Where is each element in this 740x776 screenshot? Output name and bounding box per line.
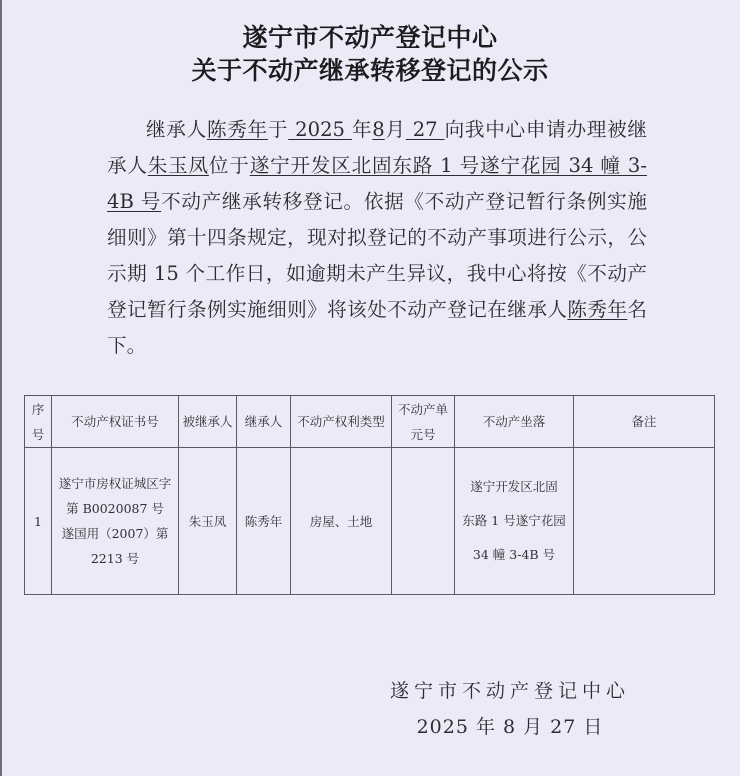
cell-decedent: 朱玉凤 (179, 448, 237, 595)
cell-unit-no (392, 448, 455, 595)
table-row: 1 遂宁市房权证城区字第 B0020087 号遂国用（2007）第 2213 号… (25, 448, 715, 595)
col-heir: 继承人 (237, 396, 291, 448)
text-segment: 继承人 (146, 118, 207, 141)
application-year: 2025 (288, 118, 352, 141)
col-right-type: 不动产权利类型 (291, 396, 392, 448)
scan-edge (0, 0, 2, 776)
registration-table: 序号 不动产权证书号 被继承人 继承人 不动产权利类型 不动产单元号 不动产坐落… (24, 395, 715, 595)
cell-location: 遂宁开发区北固东路 1 号遂宁花园34 幢 3-4B 号 (455, 448, 574, 595)
heir-name-2: 陈秀年 (567, 298, 627, 321)
table-header-row: 序号 不动产权证书号 被继承人 继承人 不动产权利类型 不动产单元号 不动产坐落… (25, 396, 715, 448)
col-decedent: 被继承人 (179, 396, 237, 448)
text-segment: 于 (268, 118, 288, 141)
signature-date: 2025 年 8 月 27 日 (360, 712, 660, 739)
col-unit-no: 不动产单元号 (392, 396, 455, 448)
notice-body: 继承人陈秀年于 2025 年8月 27 向我中心申请办理被继承人朱玉凤位于遂宁开… (107, 112, 647, 364)
text-segment: 位于 (209, 154, 250, 177)
header-text: 序 (32, 402, 45, 417)
header-text: 不动产单 (398, 402, 448, 417)
cert-number-2: 遂国用（2007）第 2213 号 (62, 526, 169, 566)
application-day: 27 (406, 118, 445, 141)
col-location: 不动产坐落 (455, 396, 574, 448)
signature-org: 遂宁市不动产登记中心 (360, 676, 660, 703)
location-line: 遂宁开发区北固 (470, 479, 558, 494)
cell-seq: 1 (25, 448, 52, 595)
application-month: 8 (372, 118, 384, 141)
decedent-name: 朱玉凤 (148, 154, 209, 177)
location-line: 34 幢 3-4B 号 (473, 547, 555, 562)
cell-remarks (574, 448, 715, 595)
cert-number-1: 遂宁市房权证城区字第 B0020087 号 (59, 476, 172, 516)
location-line: 东路 1 号遂宁花园 (462, 513, 565, 528)
text-segment: 年 (352, 118, 372, 141)
cell-cert-no: 遂宁市房权证城区字第 B0020087 号遂国用（2007）第 2213 号 (52, 448, 179, 595)
col-cert-no: 不动产权证书号 (52, 396, 179, 448)
cell-right-type: 房屋、土地 (291, 448, 392, 595)
notice-paragraph: 继承人陈秀年于 2025 年8月 27 向我中心申请办理被继承人朱玉凤位于遂宁开… (107, 112, 647, 364)
cell-heir: 陈秀年 (237, 448, 291, 595)
title-org: 遂宁市不动产登记中心 (0, 18, 740, 54)
col-remarks: 备注 (574, 396, 715, 448)
title-subject: 关于不动产继承转移登记的公示 (0, 51, 740, 87)
heir-name: 陈秀年 (207, 118, 268, 141)
header-text: 元号 (410, 427, 435, 442)
text-segment: 不动产继承转移登记。依据《不动产登记暂行条例实施细则》第十四条规定，现对拟登记的… (107, 190, 647, 321)
col-seq: 序号 (25, 396, 52, 448)
text-segment: 月 (385, 118, 406, 141)
header-text: 号 (32, 427, 45, 442)
